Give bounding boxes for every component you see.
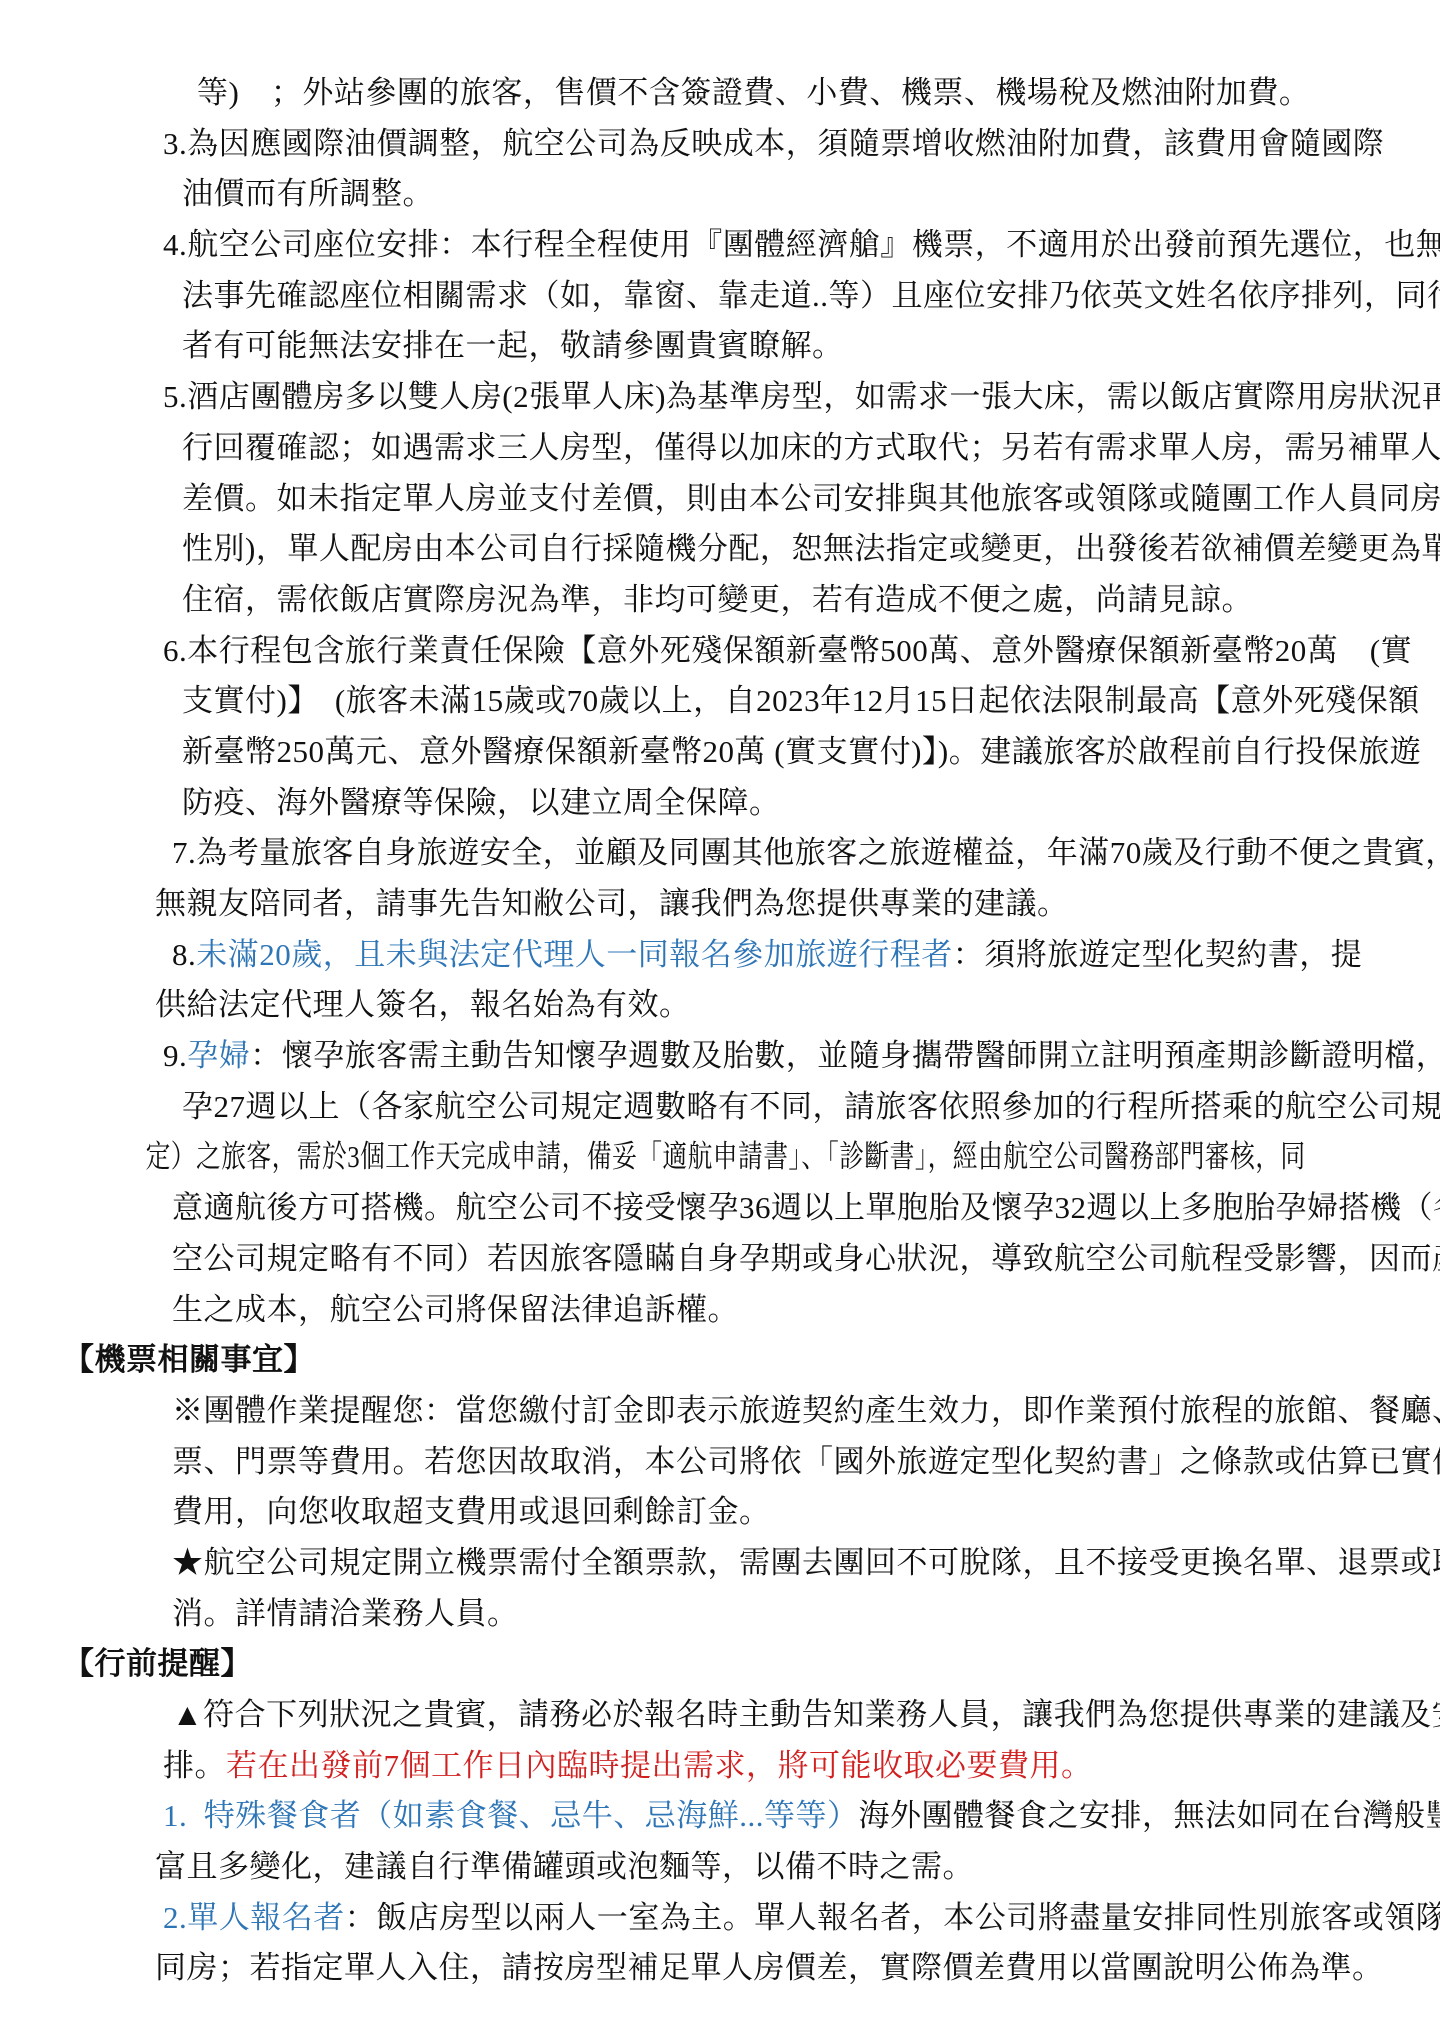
doc-text: 排。: [163, 1748, 226, 1783]
document-page: 等) ；外站參團的旅客，售價不含簽證費、小費、機票、機場稅及燃油附加費。3.為因…: [0, 0, 1440, 2036]
doc-line: 消。詳情請洽業務人員。: [0, 1589, 1440, 1640]
doc-text: 4.航空公司座位安排：本行程全程使用『團體經濟艙』機票，不適用於出發前預先選位，…: [163, 227, 1440, 262]
doc-line: 新臺幣250萬元、意外醫療保額新臺幣20萬 (實支實付)】)。建議旅客於啟程前自…: [0, 727, 1440, 778]
doc-text: 孕27週以上（各家航空公司規定週數略有不同，請旅客依照參加的行程所搭乘的航空公司…: [182, 1089, 1440, 1124]
doc-text: 定）之旅客，需於3個工作天完成申請，備妥「適航申請書」、「診斷書」，經由航空公司…: [146, 1139, 1306, 1174]
doc-line: 無親友陪同者，請事先告知敝公司，讓我們為您提供專業的建議。: [0, 879, 1440, 930]
section-header-ticket: 【機票相關事宜】: [0, 1335, 1440, 1386]
doc-line: ※團體作業提醒您：當您繳付訂金即表示旅遊契約產生效力，即作業預付旅程的旅館、餐廳…: [0, 1386, 1440, 1437]
doc-line: 意適航後方可搭機。航空公司不接受懷孕36週以上單胞胎及懷孕32週以上多胞胎孕婦搭…: [0, 1183, 1440, 1234]
doc-text: ：須將旅遊定型化契約書，提: [953, 937, 1363, 972]
doc-line: 同房；若指定單人入住，請按房型補足單人房價差，實際價差費用以當團說明公佈為準。: [0, 1943, 1440, 1994]
doc-line: 4.航空公司座位安排：本行程全程使用『團體經濟艙』機票，不適用於出發前預先選位，…: [0, 220, 1440, 271]
doc-line: 富且多變化，建議自行準備罐頭或泡麵等，以備不時之需。: [0, 1842, 1440, 1893]
doc-line: 防疫、海外醫療等保險，以建立周全保障。: [0, 778, 1440, 829]
doc-text: 法事先確認座位相關需求（如，靠窗、靠走道..等）且座位安排乃依英文姓名依序排列，…: [182, 278, 1440, 313]
doc-line: 等) ；外站參團的旅客，售價不含簽證費、小費、機票、機場稅及燃油附加費。: [0, 68, 1440, 119]
doc-line: 7.為考量旅客自身旅遊安全，並顧及同團其他旅客之旅遊權益，年滿70歲及行動不便之…: [0, 828, 1440, 879]
doc-line: 9.孕婦：懷孕旅客需主動告知懷孕週數及胎數，並隨身攜帶醫師開立註明預產期診斷證明…: [0, 1031, 1440, 1082]
doc-text: 空公司規定略有不同）若因旅客隱瞞自身孕期或身心狀況，導致航空公司航程受影響，因而…: [172, 1241, 1440, 1276]
doc-text: 生之成本，航空公司將保留法律追訴權。: [172, 1292, 739, 1327]
doc-line: 住宿，需依飯店實際房況為準，非均可變更，若有造成不便之處，尚請見諒。: [0, 575, 1440, 626]
doc-text: 防疫、海外醫療等保險，以建立周全保障。: [182, 785, 781, 820]
doc-text: 支實付)】 (旅客未滿15歲或70歲以上，自2023年12月15日起依法限制最高…: [182, 683, 1420, 718]
doc-text: 5.酒店團體房多以雙人房(2張單人床)為基準房型，如需求一張大床，需以飯店實際用…: [163, 379, 1440, 414]
doc-text: 消。詳情請洽業務人員。: [172, 1596, 519, 1631]
doc-text-red: 若在出發前7個工作日內臨時提出需求，將可能收取必要費用。: [226, 1748, 1093, 1783]
doc-text: 性別)，單人配房由本公司自行採隨機分配，恕無法指定或變更，出發後若欲補價差變更為…: [182, 531, 1440, 566]
doc-text: 油價而有所調整。: [182, 176, 434, 211]
doc-text: ：懷孕旅客需主動告知懷孕週數及胎數，並隨身攜帶醫師開立註明預產期診斷證明檔，懷: [250, 1038, 1440, 1073]
doc-line: 8.未滿20歲，且未與法定代理人一同報名參加旅遊行程者：須將旅遊定型化契約書，提: [0, 930, 1440, 981]
doc-line: 者有可能無法安排在一起，敬請參團貴賓瞭解。: [0, 321, 1440, 372]
doc-line: 行回覆確認；如遇需求三人房型，僅得以加床的方式取代；另若有需求單人房，需另補單人…: [0, 423, 1440, 474]
doc-line: 供給法定代理人簽名，報名始為有效。: [0, 980, 1440, 1031]
doc-text: 【機票相關事宜】: [63, 1342, 315, 1377]
doc-text: ★航空公司規定開立機票需付全額票款，需團去團回不可脫隊，且不接受更換名單、退票或…: [172, 1545, 1440, 1580]
doc-text: 等) ；外站參團的旅客，售價不含簽證費、小費、機票、機場稅及燃油附加費。: [197, 75, 1310, 110]
doc-line: 空公司規定略有不同）若因旅客隱瞞自身孕期或身心狀況，導致航空公司航程受影響，因而…: [0, 1234, 1440, 1285]
doc-text: 票、門票等費用。若您因故取消，本公司將依「國外旅遊定型化契約書」之條款或估算已實…: [172, 1444, 1440, 1479]
doc-line: 3.為因應國際油價調整，航空公司為反映成本，須隨票增收燃油附加費，該費用會隨國際: [0, 119, 1440, 170]
doc-text-blue: 2.單人報名者: [163, 1900, 345, 1935]
doc-text: 7.為考量旅客自身旅遊安全，並顧及同團其他旅客之旅遊權益，年滿70歲及行動不便之…: [172, 835, 1440, 870]
doc-text: 同房；若指定單人入住，請按房型補足單人房價差，實際價差費用以當團說明公佈為準。: [155, 1950, 1384, 1985]
doc-text: 9.: [163, 1038, 187, 1073]
doc-text: ▲符合下列狀況之貴賓，請務必於報名時主動告知業務人員，讓我們為您提供專業的建議及…: [172, 1697, 1440, 1732]
doc-line: 生之成本，航空公司將保留法律追訴權。: [0, 1285, 1440, 1336]
doc-line: 2.單人報名者：飯店房型以兩人一室為主。單人報名者，本公司將盡量安排同性別旅客或…: [0, 1893, 1440, 1944]
doc-text: 無親友陪同者，請事先告知敝公司，讓我們為您提供專業的建議。: [155, 886, 1069, 921]
section-header-reminder: 【行前提醒】: [0, 1639, 1440, 1690]
doc-line: 性別)，單人配房由本公司自行採隨機分配，恕無法指定或變更，出發後若欲補價差變更為…: [0, 524, 1440, 575]
doc-text: 6.本行程包含旅行業責任保險【意外死殘保額新臺幣500萬、意外醫療保額新臺幣20…: [163, 633, 1412, 668]
doc-line: 油價而有所調整。: [0, 169, 1440, 220]
doc-line: 支實付)】 (旅客未滿15歲或70歲以上，自2023年12月15日起依法限制最高…: [0, 676, 1440, 727]
doc-text: 新臺幣250萬元、意外醫療保額新臺幣20萬 (實支實付)】)。建議旅客於啟程前自…: [182, 734, 1421, 769]
doc-line: 1. 特殊餐食者（如素食餐、忌牛、忌海鮮...等等）海外團體餐食之安排，無法如同…: [0, 1791, 1440, 1842]
doc-line: 票、門票等費用。若您因故取消，本公司將依「國外旅遊定型化契約書」之條款或估算已實…: [0, 1437, 1440, 1488]
doc-text-blue: 未滿20歲，且未與法定代理人一同報名參加旅遊行程者: [196, 937, 953, 972]
doc-line: 排。若在出發前7個工作日內臨時提出需求，將可能收取必要費用。: [0, 1741, 1440, 1792]
doc-text: 3.為因應國際油價調整，航空公司為反映成本，須隨票增收燃油附加費，該費用會隨國際: [163, 126, 1384, 161]
doc-text: ※團體作業提醒您：當您繳付訂金即表示旅遊契約產生效力，即作業預付旅程的旅館、餐廳…: [172, 1393, 1440, 1428]
doc-line: 差價。如未指定單人房並支付差價，則由本公司安排與其他旅客或領隊或隨團工作人員同房…: [0, 474, 1440, 525]
doc-text: 行回覆確認；如遇需求三人房型，僅得以加床的方式取代；另若有需求單人房，需另補單人…: [182, 430, 1440, 465]
document-body: 等) ；外站參團的旅客，售價不含簽證費、小費、機票、機場稅及燃油附加費。3.為因…: [0, 68, 1440, 1994]
doc-text: 意適航後方可搭機。航空公司不接受懷孕36週以上單胞胎及懷孕32週以上多胞胎孕婦搭…: [172, 1190, 1440, 1225]
doc-text-blue: 孕婦: [187, 1038, 250, 1073]
doc-text: 費用，向您收取超支費用或退回剩餘訂金。: [172, 1494, 771, 1529]
doc-line: 6.本行程包含旅行業責任保險【意外死殘保額新臺幣500萬、意外醫療保額新臺幣20…: [0, 626, 1440, 677]
doc-line: 孕27週以上（各家航空公司規定週數略有不同，請旅客依照參加的行程所搭乘的航空公司…: [0, 1082, 1440, 1133]
doc-text: 者有可能無法安排在一起，敬請參團貴賓瞭解。: [182, 328, 844, 363]
doc-text: 【行前提醒】: [63, 1646, 252, 1681]
doc-text: 海外團體餐食之安排，無法如同在台灣般豐: [859, 1798, 1440, 1833]
doc-line: 定）之旅客，需於3個工作天完成申請，備妥「適航申請書」、「診斷書」，經由航空公司…: [0, 1132, 1152, 1183]
doc-line: ▲符合下列狀況之貴賓，請務必於報名時主動告知業務人員，讓我們為您提供專業的建議及…: [0, 1690, 1440, 1741]
doc-text: 8.: [172, 937, 196, 972]
doc-line: 法事先確認座位相關需求（如，靠窗、靠走道..等）且座位安排乃依英文姓名依序排列，…: [0, 271, 1440, 322]
doc-text: 供給法定代理人簽名，報名始為有效。: [155, 987, 691, 1022]
doc-text: 差價。如未指定單人房並支付差價，則由本公司安排與其他旅客或領隊或隨團工作人員同房…: [182, 481, 1440, 516]
doc-text-blue: 1. 特殊餐食者（如素食餐、忌牛、忌海鮮...等等）: [163, 1798, 859, 1833]
doc-text: 富且多變化，建議自行準備罐頭或泡麵等，以備不時之需。: [155, 1849, 974, 1884]
doc-line: 費用，向您收取超支費用或退回剩餘訂金。: [0, 1487, 1440, 1538]
doc-line: 5.酒店團體房多以雙人房(2張單人床)為基準房型，如需求一張大床，需以飯店實際用…: [0, 372, 1440, 423]
doc-text: ：飯店房型以兩人一室為主。單人報名者，本公司將盡量安排同性別旅客或領隊: [345, 1900, 1440, 1935]
doc-text: 住宿，需依飯店實際房況為準，非均可變更，若有造成不便之處，尚請見諒。: [182, 582, 1253, 617]
doc-line: ★航空公司規定開立機票需付全額票款，需團去團回不可脫隊，且不接受更換名單、退票或…: [0, 1538, 1440, 1589]
